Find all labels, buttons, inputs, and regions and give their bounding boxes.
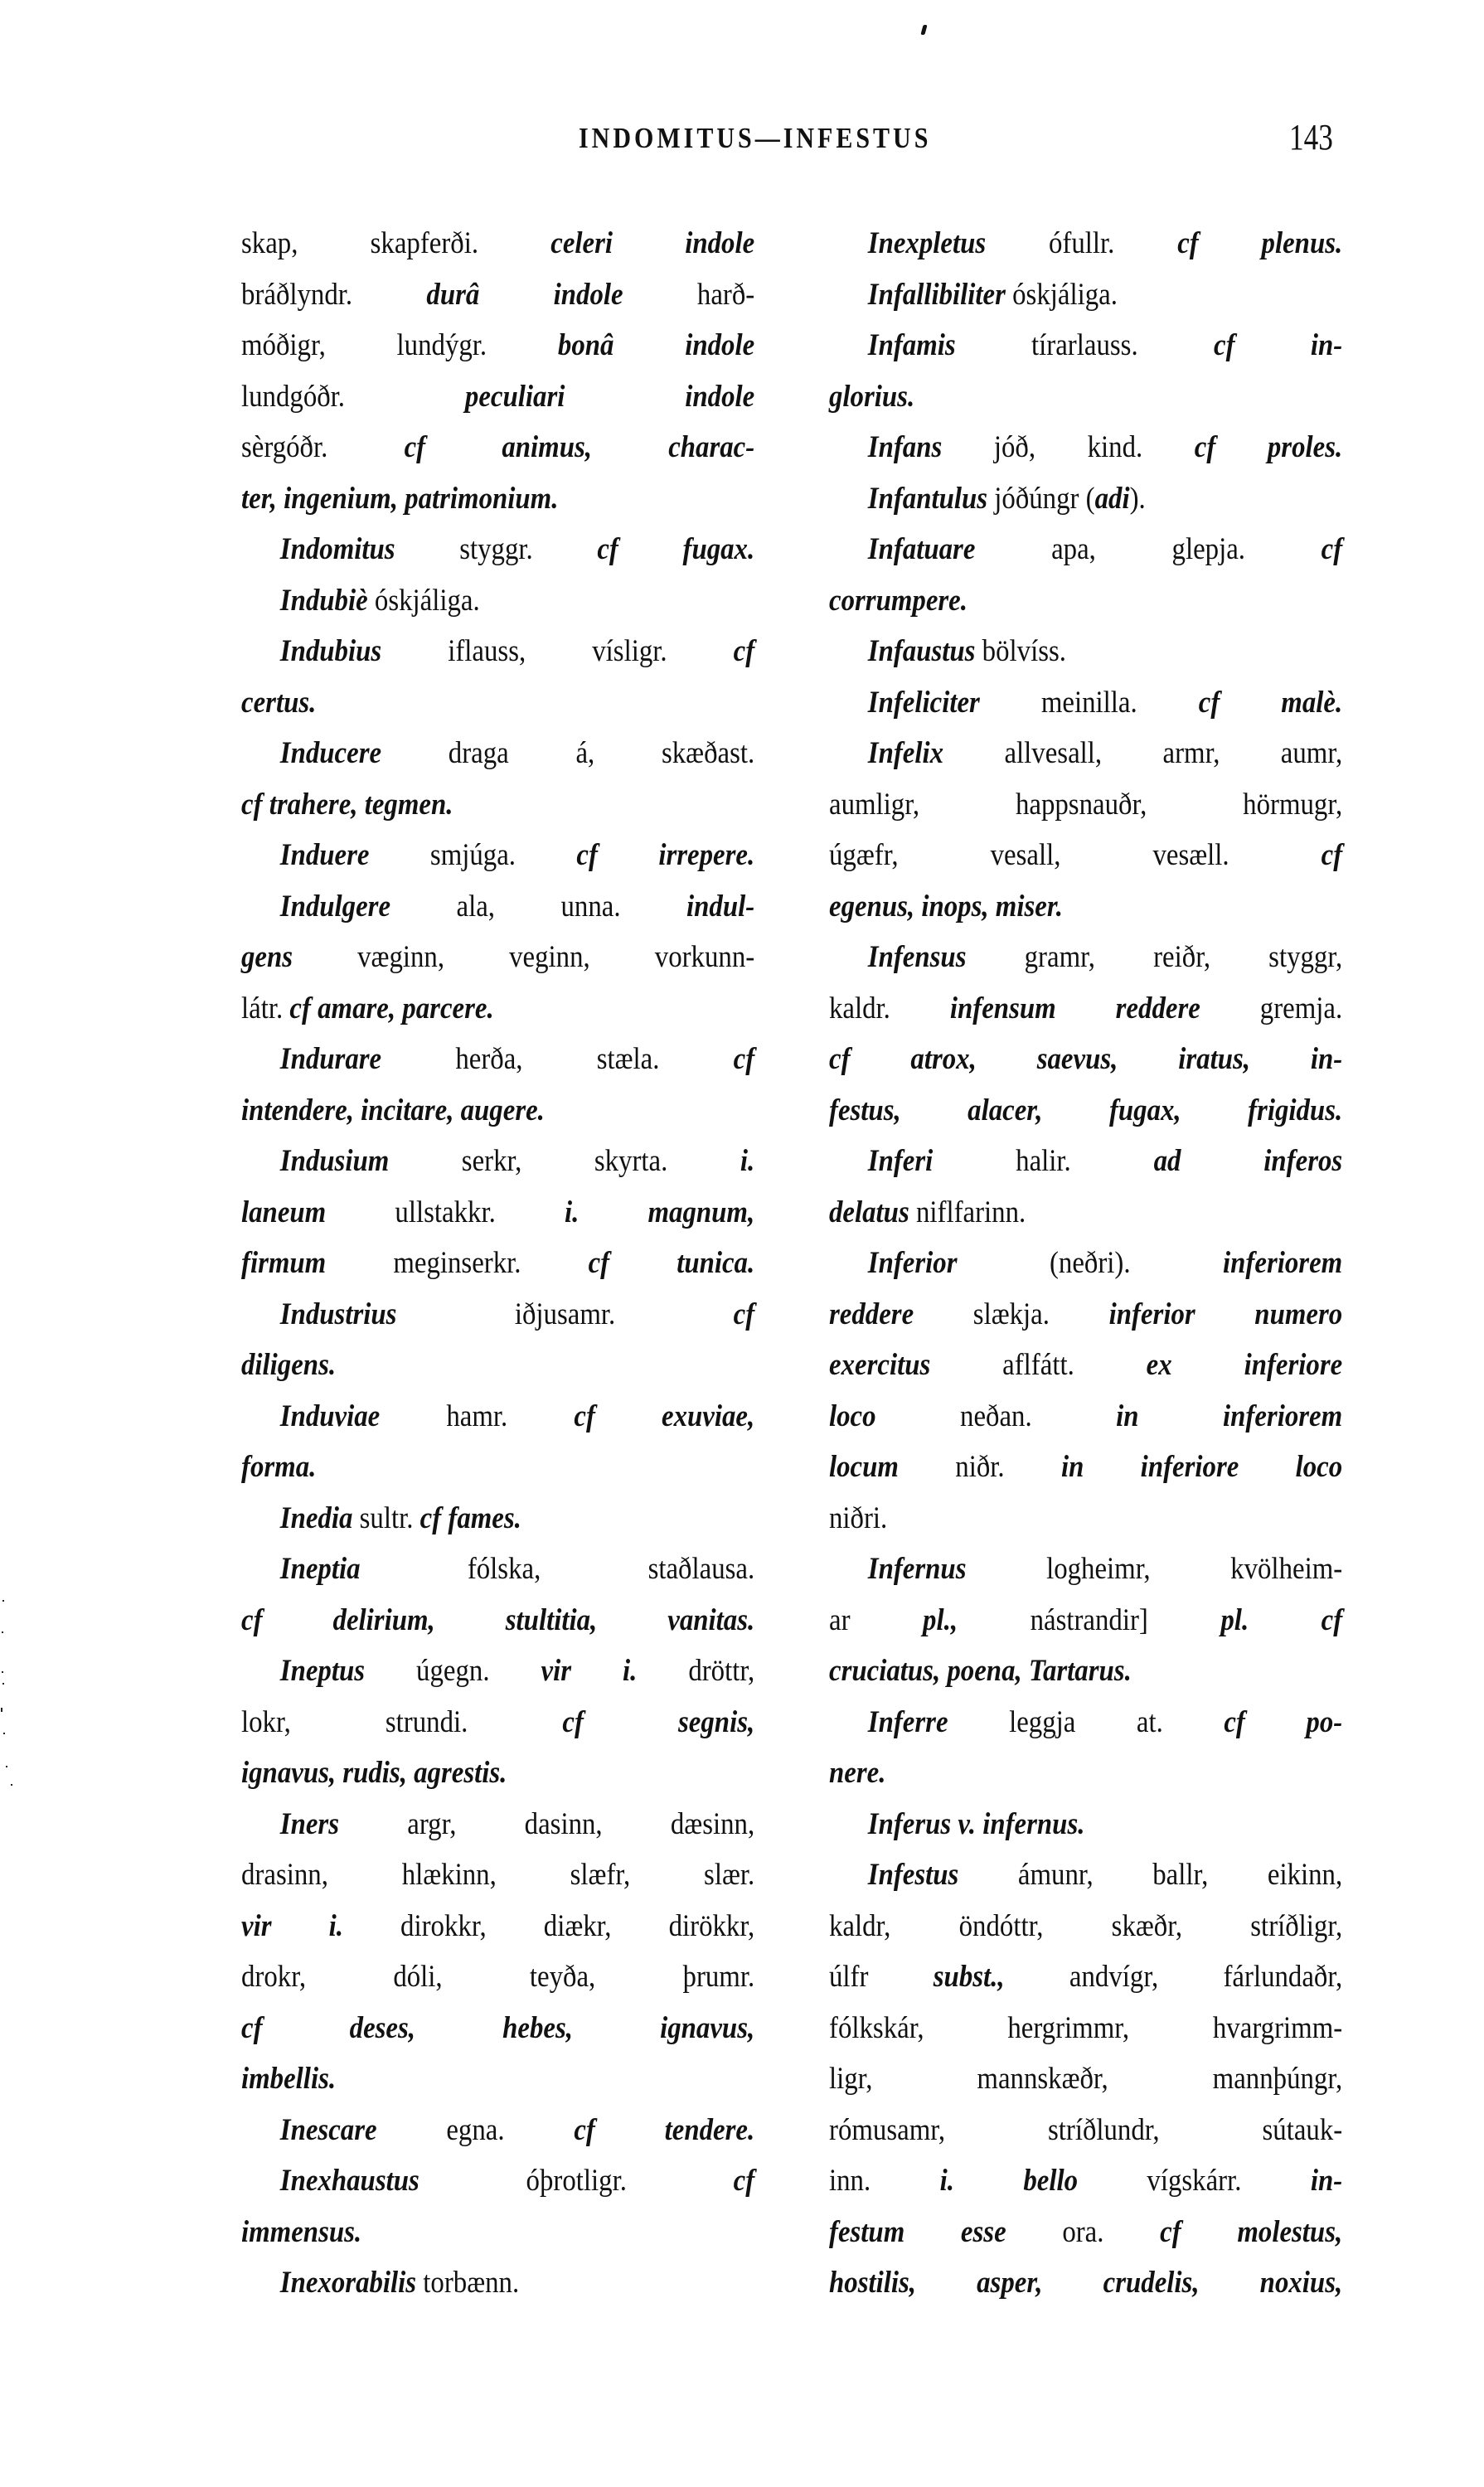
latin-term: Infeliciter [868,685,980,719]
latin-term: Inexhaustus [280,2163,419,2197]
latin-term: adi [1095,481,1130,515]
icelandic-text: móðigr, lundýgr. [241,327,558,361]
text-line: hostilis, asper, crudelis, noxius, [829,2257,1342,2308]
latin-term: festum esse [829,2214,1006,2248]
icelandic-text: jóð, kind. [942,429,1194,463]
latin-term: bonâ indole [558,327,754,361]
latin-term: cf molestus, [1160,2214,1342,2248]
icelandic-text: rómusamr, stríðlundr, sútauk- [829,2112,1342,2146]
icelandic-text: lundgóðr. [241,379,465,413]
latin-term: inferior numero [1109,1297,1343,1331]
text-line: niðri. [829,1492,1342,1544]
icelandic-text: styggr. [395,531,598,565]
latin-term: hostilis, asper, crudelis, noxius, [829,2265,1342,2299]
text-line: Inescare egna. cf tendere. [241,2104,754,2155]
text-line: aumligr, happsnauðr, hörmugr, [829,778,1342,830]
latin-term: cf deses, hebes, ignavus, [241,2010,754,2044]
latin-term: i. magnum, [565,1195,754,1229]
text-line: Indulgere ala, unna. indul- [241,880,754,932]
icelandic-text: úgegn. [365,1653,541,1687]
text-line: móðigr, lundýgr. bonâ indole [241,319,754,371]
latin-term: certus. [241,685,316,719]
text-line: forma. [241,1441,754,1492]
latin-term: Infaustus [868,633,976,667]
icelandic-text: kaldr, öndóttr, skæðr, stríðligr, [829,1908,1342,1942]
latin-term: cruciatus, poena, Tartarus. [829,1653,1132,1687]
text-line: cruciatus, poena, Tartarus. [829,1645,1342,1696]
text-line: úgæfr, vesall, vesæll. cf [829,829,1342,880]
left-column: skap, skapferði. celeri indolebráðlyndr.… [241,217,755,2308]
latin-term: diligens. [241,1347,336,1381]
text-line: ignavus, rudis, agrestis. [241,1747,754,1798]
icelandic-text: ámunr, ballr, eikinn, [958,1857,1342,1891]
icelandic-text: draga á, skæðast. [381,735,754,769]
text-line: bráðlyndr. durâ indole harð- [241,269,754,320]
text-line: Inexhaustus óþrotligr. cf [241,2155,754,2206]
text-line: fólkskár, hergrimmr, hvargrimm- [829,2002,1342,2053]
latin-term: in- [1311,2163,1342,2197]
icelandic-text: ). [1130,481,1146,515]
latin-term: Ineptia [280,1551,361,1585]
icelandic-text: bráðlyndr. [241,277,426,311]
text-line: lokr, strundi. cf segnis, [241,1696,754,1748]
latin-term: cf [734,633,755,667]
icelandic-text: vígskárr. [1078,2163,1311,2197]
text-line: drasinn, hlækinn, slæfr, slær. [241,1849,754,1900]
icelandic-text: skap, skapferði. [241,225,550,259]
latin-term: Infensus [868,939,967,973]
text-line: Infantulus jóðúngr (adi). [829,473,1342,524]
latin-term: cf animus, charac- [405,429,755,463]
latin-term: festus, alacer, fugax, frigidus. [829,1093,1342,1127]
latin-term: celeri indole [550,225,754,259]
text-line: skap, skapferði. celeri indole [241,217,754,269]
latin-term: durâ indole [426,277,623,311]
latin-term: Inedia [280,1500,353,1534]
latin-term: Infantulus [868,481,987,515]
text-line: Induere smjúga. cf irrepere. [241,829,754,880]
text-line: corrumpere. [829,574,1342,626]
text-line: certus. [241,676,754,728]
icelandic-text: drokr, dóli, teyða, þrumr. [241,1959,754,1993]
text-line: Inferi halir. ad inferos [829,1135,1342,1186]
text-line: Inedia sultr. cf fames. [241,1492,754,1544]
latin-term: cf [1322,531,1343,565]
icelandic-text: úlfr [829,1959,934,1993]
latin-term: ad inferos [1154,1143,1343,1177]
latin-term: in inferiorem [1116,1399,1342,1433]
text-line: Inexorabilis torbænn. [241,2257,754,2308]
print-speck [920,25,927,35]
text-line: Infallibiliter óskjáliga. [829,269,1342,320]
text-line: sèrgóðr. cf animus, charac- [241,421,754,473]
text-line: cf trahere, tegmen. [241,778,754,830]
icelandic-text: logheimr, kvölheim- [966,1551,1342,1585]
icelandic-text: drasinn, hlækinn, slæfr, slær. [241,1857,754,1891]
latin-term: cf tunica. [589,1245,755,1279]
icelandic-text: meginserkr. [326,1245,588,1279]
latin-term: Inferi [868,1143,933,1177]
latin-term: delatus [829,1195,909,1229]
icelandic-text: (neðri). [958,1245,1224,1279]
latin-term: cf plenus. [1177,225,1342,259]
latin-term: i. bello [940,2163,1078,2197]
text-line: exercitus aflfátt. ex inferiore [829,1339,1342,1390]
latin-term: peculiari indole [465,379,754,413]
right-column: Inexpletus ófullr. cf plenus.Infallibili… [829,217,1343,2308]
latin-term: corrumpere. [829,583,968,617]
text-line: inn. i. bello vígskárr. in- [829,2155,1342,2206]
icelandic-text: andvígr, fárlundaðr, [1005,1959,1343,1993]
latin-term: Indusium [280,1143,389,1177]
latin-term: reddere [829,1297,914,1331]
latin-term: inferiorem [1223,1245,1342,1279]
latin-term: cf po- [1224,1704,1342,1738]
text-line: ar pl., nástrandir] pl. cf [829,1594,1342,1646]
text-line: Indubius iflauss, vísligr. cf [241,625,754,676]
latin-term: subst., [934,1959,1005,1993]
latin-term: cf segnis, [562,1704,754,1738]
latin-term: Inexpletus [868,225,986,259]
text-line: Indusium serkr, skyrta. i. [241,1135,754,1186]
text-line: Infatuare apa, glepja. cf [829,523,1342,574]
text-line: lundgóðr. peculiari indole [241,371,754,422]
icelandic-text: jóðúngr ( [987,481,1095,515]
icelandic-text: ófullr. [986,225,1177,259]
text-line: Indurare herða, stæla. cf [241,1033,754,1084]
latin-term: Induere [280,837,370,871]
latin-term: laneum [241,1195,326,1229]
latin-term: Indomitus [280,531,395,565]
latin-term: cf [734,1041,755,1075]
icelandic-text: kaldr. [829,991,950,1025]
icelandic-text: meinilla. [980,685,1199,719]
text-line: imbellis. [241,2053,754,2104]
icelandic-text: úgæfr, vesall, vesæll. [829,837,1322,871]
latin-term: loco [829,1399,876,1433]
icelandic-text: dirokkr, diækr, dirökkr, [343,1908,754,1942]
icelandic-text: sèrgóðr. [241,429,405,463]
latin-term: infensum reddere [950,991,1200,1025]
icelandic-text: lokr, strundi. [241,1704,562,1738]
text-line: Industrius iðjusamr. cf [241,1288,754,1340]
text-line: Indubiè óskjáliga. [241,574,754,626]
latin-term: firmum [241,1245,326,1279]
icelandic-text: inn. [829,2163,940,2197]
text-line: festum esse ora. cf molestus, [829,2206,1342,2257]
icelandic-text: leggja at. [948,1704,1225,1738]
latin-term: Infatuare [868,531,976,565]
icelandic-text: gramr, reiðr, styggr, [966,939,1342,973]
latin-term: Inferus v. infernus. [868,1806,1085,1840]
text-line: glorius. [829,371,1342,422]
text-line: nere. [829,1747,1342,1798]
latin-term: Infallibiliter [868,277,1006,311]
icelandic-text: ligr, mannskæðr, mannþúngr, [829,2061,1342,2095]
icelandic-text: nástrandir] [958,1602,1220,1636]
latin-term: cf proles. [1195,429,1342,463]
text-line: vir i. dirokkr, diækr, dirökkr, [241,1900,754,1951]
text-line: Infamis tírarlauss. cf in- [829,319,1342,371]
latin-term: Inferior [868,1245,958,1279]
icelandic-text: neðan. [876,1399,1117,1433]
latin-term: glorius. [829,379,914,413]
icelandic-text: tírarlauss. [956,327,1214,361]
icelandic-text: ullstakkr. [326,1195,565,1229]
latin-term: egenus, inops, miser. [829,889,1063,923]
latin-term: cf exuviae, [574,1399,754,1433]
icelandic-text: halir. [933,1143,1153,1177]
latin-term: Indulgere [280,889,390,923]
text-line: laneum ullstakkr. i. magnum, [241,1186,754,1238]
text-line: rómusamr, stríðlundr, sútauk- [829,2104,1342,2155]
icelandic-text: óskjáliga. [1006,277,1118,311]
text-line: intendere, incitare, augere. [241,1084,754,1136]
icelandic-text: iflauss, vísligr. [381,633,734,667]
text-line: Infans jóð, kind. cf proles. [829,421,1342,473]
latin-term: Inducere [280,735,381,769]
latin-term: Inescare [280,2112,377,2146]
latin-term: Infelix [868,735,943,769]
icelandic-text: herða, stæla. [381,1041,734,1075]
latin-term: in inferiore loco [1061,1449,1342,1483]
latin-term: cf amare, parcere. [289,991,493,1025]
latin-term: vir i. [541,1653,638,1687]
latin-term: immensus. [241,2214,361,2248]
text-line: Infeliciter meinilla. cf malè. [829,676,1342,728]
icelandic-text: smjúga. [370,837,577,871]
text-line: Infaustus bölvíss. [829,625,1342,676]
icelandic-text: ar [829,1602,923,1636]
text-line: ter, ingenium, patrimonium. [241,473,754,524]
latin-term: cf fugax. [597,531,754,565]
page-header: INDOMITUS—INFESTUS 143 [0,116,1484,166]
text-line: kaldr. infensum reddere gremja. [829,982,1342,1034]
latin-term: ex inferiore [1147,1347,1343,1381]
icelandic-text: væginn, veginn, vorkunn- [293,939,754,973]
text-line: drokr, dóli, teyða, þrumr. [241,1951,754,2002]
text-line: Infensus gramr, reiðr, styggr, [829,931,1342,982]
icelandic-text: látr. [241,991,289,1025]
icelandic-text: fólska, staðlausa. [361,1551,755,1585]
text-line: Inferior (neðri). inferiorem [829,1237,1342,1288]
text-line: cf deses, hebes, ignavus, [241,2002,754,2053]
icelandic-text: óskjáliga. [368,583,480,617]
latin-term: locum [829,1449,899,1483]
text-line: Inferre leggja at. cf po- [829,1696,1342,1748]
icelandic-text: harð- [623,277,755,311]
latin-term: Induviae [280,1399,380,1433]
text-line: festus, alacer, fugax, frigidus. [829,1084,1342,1136]
text-line: gens væginn, veginn, vorkunn- [241,931,754,982]
icelandic-text: dröttr, [637,1653,754,1687]
latin-term: cf [1322,837,1343,871]
latin-term: cf in- [1214,327,1342,361]
latin-term: Industrius [280,1297,397,1331]
text-line: kaldr, öndóttr, skæðr, stríðligr, [829,1900,1342,1951]
icelandic-text: hamr. [380,1399,574,1433]
text-line: Ineptus úgegn. vir i. dröttr, [241,1645,754,1696]
icelandic-text: slækja. [914,1297,1108,1331]
text-line: loco neðan. in inferiorem [829,1390,1342,1442]
latin-term: cf irrepere. [576,837,754,871]
text-line: úlfr subst., andvígr, fárlundaðr, [829,1951,1342,2002]
icelandic-text: niðr. [899,1449,1061,1483]
text-line: cf delirium, stultitia, vanitas. [241,1594,754,1646]
latin-term: indul- [686,889,754,923]
text-line: locum niðr. in inferiore loco [829,1441,1342,1492]
latin-term: Indubius [280,633,381,667]
latin-term: nere. [829,1755,885,1789]
icelandic-text: sultr. [352,1500,419,1534]
latin-term: forma. [241,1449,316,1483]
text-line: Induviae hamr. cf exuviae, [241,1390,754,1442]
icelandic-text: argr, dasinn, dæsinn, [339,1806,754,1840]
latin-term: pl., [923,1602,958,1636]
icelandic-text: egna. [377,2112,575,2146]
icelandic-text: aumligr, happsnauðr, hörmugr, [829,787,1342,821]
text-line: reddere slækja. inferior numero [829,1288,1342,1340]
icelandic-text: ala, unna. [390,889,686,923]
latin-term: Infans [868,429,942,463]
latin-term: Infestus [868,1857,959,1891]
latin-term: ignavus, rudis, agrestis. [241,1755,507,1789]
latin-term: cf atrox, saevus, iratus, in- [829,1041,1342,1075]
icelandic-text: óþrotligr. [419,2163,734,2197]
icelandic-text: bölvíss. [975,633,1066,667]
latin-term: Infamis [868,327,956,361]
icelandic-text: fólkskár, hergrimmr, hvargrimm- [829,2010,1342,2044]
text-line: Infelix allvesall, armr, aumr, [829,727,1342,778]
latin-term: Inexorabilis [280,2265,416,2299]
text-line: látr. cf amare, parcere. [241,982,754,1034]
icelandic-text: gremja. [1200,991,1342,1025]
text-line: immensus. [241,2206,754,2257]
text-line: cf atrox, saevus, iratus, in- [829,1033,1342,1084]
text-line: ligr, mannskæðr, mannþúngr, [829,2053,1342,2104]
text-line: Indomitus styggr. cf fugax. [241,523,754,574]
icelandic-text: niðri. [829,1500,887,1534]
icelandic-text: ora. [1006,2214,1160,2248]
latin-term: cf fames. [420,1500,521,1534]
latin-term: i. [740,1143,754,1177]
icelandic-text: serkr, skyrta. [389,1143,740,1177]
text-line: Ineptia fólska, staðlausa. [241,1543,754,1594]
latin-term: cf [734,1297,755,1331]
latin-term: cf malè. [1199,685,1342,719]
text-line: Inferus v. infernus. [829,1798,1342,1849]
text-line: diligens. [241,1339,754,1390]
page-number: 143 [1289,116,1333,158]
latin-term: exercitus [829,1347,930,1381]
text-line: Infernus logheimr, kvölheim- [829,1543,1342,1594]
latin-term: vir i. [241,1908,343,1942]
latin-term: cf trahere, tegmen. [241,787,453,821]
icelandic-text: iðjusamr. [396,1297,733,1331]
latin-term: imbellis. [241,2061,336,2095]
latin-term: Iners [280,1806,339,1840]
running-head: INDOMITUS—INFESTUS [579,123,931,155]
icelandic-text: apa, glepja. [975,531,1321,565]
text-line: delatus niflfarinn. [829,1186,1342,1238]
latin-term: Indurare [280,1041,381,1075]
text-line: Infestus ámunr, ballr, eikinn, [829,1849,1342,1900]
latin-term: gens [241,939,293,973]
latin-term: cf delirium, stultitia, vanitas. [241,1602,754,1636]
icelandic-text: niflfarinn. [909,1195,1026,1229]
latin-term: cf [734,2163,755,2197]
margin-specks [0,1592,10,1791]
text-line: Inducere draga á, skæðast. [241,727,754,778]
latin-term: Inferre [868,1704,948,1738]
icelandic-text: aflfátt. [930,1347,1146,1381]
text-line: firmum meginserkr. cf tunica. [241,1237,754,1288]
latin-term: pl. cf [1220,1602,1342,1636]
latin-term: Indubiè [280,583,368,617]
text-line: egenus, inops, miser. [829,880,1342,932]
latin-term: intendere, incitare, augere. [241,1093,545,1127]
latin-term: cf tendere. [574,2112,754,2146]
icelandic-text: torbænn. [416,2265,519,2299]
text-line: Iners argr, dasinn, dæsinn, [241,1798,754,1849]
icelandic-text: allvesall, armr, aumr, [943,735,1342,769]
latin-term: ter, ingenium, patrimonium. [241,481,558,515]
latin-term: Ineptus [280,1653,365,1687]
latin-term: Infernus [868,1551,967,1585]
text-line: Inexpletus ófullr. cf plenus. [829,217,1342,269]
